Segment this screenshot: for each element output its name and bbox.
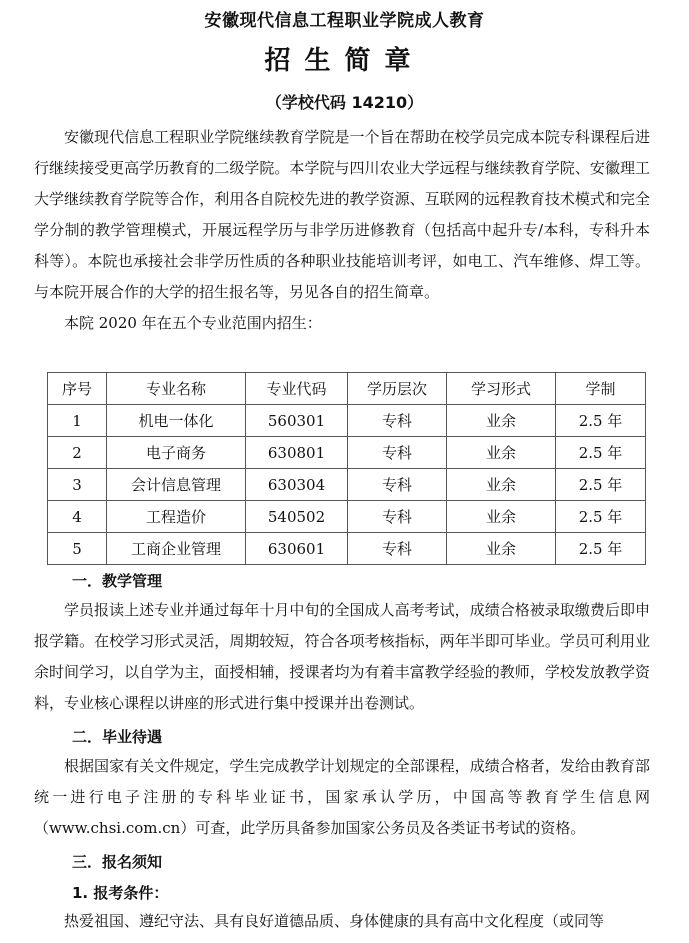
table-header-row: 序号 专业名称 专业代码 学历层次 学习形式 学制: [48, 373, 646, 405]
section-graduation: 根据国家有关文件规定，学生完成教学计划规定的全部课程，成绩合格者，发给由教育部统…: [34, 751, 650, 844]
intro-section: 安徽现代信息工程职业学院继续教育学院是一个旨在帮助在校学员完成本院专科课程后进行…: [34, 122, 650, 339]
cell-level: 专科: [348, 533, 447, 565]
cell-code: 630304: [246, 469, 348, 501]
cell-major: 机电一体化: [107, 405, 246, 437]
cell-form: 业余: [447, 469, 556, 501]
section-body-teaching: 学员报读上述专业并通过每年十月中旬的全国成人高考考试，成绩合格被录取缴费后即申报…: [34, 595, 650, 719]
cell-code: 540502: [246, 501, 348, 533]
section-teaching: 学员报读上述专业并通过每年十月中旬的全国成人高考考试，成绩合格被录取缴费后即申报…: [34, 595, 650, 719]
majors-table: 序号 专业名称 专业代码 学历层次 学习形式 学制 1 机电一体化 560301…: [47, 372, 646, 565]
section-body-graduation: 根据国家有关文件规定，学生完成教学计划规定的全部课程，成绩合格者，发给由教育部统…: [34, 751, 650, 844]
cell-major: 工程造价: [107, 501, 246, 533]
cell-code: 560301: [246, 405, 348, 437]
table-intro: 本院 2020 年在五个专业范围内招生：: [34, 308, 650, 339]
table-row: 3 会计信息管理 630304 专科 业余 2.5 年: [48, 469, 646, 501]
document-title: 招生简章: [0, 40, 689, 77]
cell-form: 业余: [447, 533, 556, 565]
cell-index: 4: [48, 501, 107, 533]
cell-code: 630801: [246, 437, 348, 469]
table-row: 2 电子商务 630801 专科 业余 2.5 年: [48, 437, 646, 469]
cell-level: 专科: [348, 501, 447, 533]
cell-level: 专科: [348, 469, 447, 501]
table-row: 1 机电一体化 560301 专科 业余 2.5 年: [48, 405, 646, 437]
cell-duration: 2.5 年: [556, 533, 646, 565]
col-header-index: 序号: [48, 373, 107, 405]
institution-title: 安徽现代信息工程职业学院成人教育: [0, 6, 689, 31]
cell-major: 电子商务: [107, 437, 246, 469]
cell-index: 5: [48, 533, 107, 565]
intro-paragraph: 安徽现代信息工程职业学院继续教育学院是一个旨在帮助在校学员完成本院专科课程后进行…: [34, 122, 650, 308]
cell-level: 专科: [348, 437, 447, 469]
cell-form: 业余: [447, 405, 556, 437]
section-heading-graduation: 二．毕业待遇: [72, 726, 162, 747]
table-row: 5 工商企业管理 630601 专科 业余 2.5 年: [48, 533, 646, 565]
cell-code: 630601: [246, 533, 348, 565]
cell-duration: 2.5 年: [556, 501, 646, 533]
section-registration: 热爱祖国、遵纪守法、具有良好道德品质、身体健康的具有高中文化程度（或同等: [34, 906, 650, 937]
cell-level: 专科: [348, 405, 447, 437]
table-row: 4 工程造价 540502 专科 业余 2.5 年: [48, 501, 646, 533]
cell-major: 工商企业管理: [107, 533, 246, 565]
col-header-form: 学习形式: [447, 373, 556, 405]
cell-form: 业余: [447, 501, 556, 533]
col-header-code: 专业代码: [246, 373, 348, 405]
cell-index: 3: [48, 469, 107, 501]
col-header-major: 专业名称: [107, 373, 246, 405]
cell-major: 会计信息管理: [107, 469, 246, 501]
col-header-duration: 学制: [556, 373, 646, 405]
cell-duration: 2.5 年: [556, 469, 646, 501]
cell-duration: 2.5 年: [556, 405, 646, 437]
subheading-eligibility: 1. 报考条件：: [72, 882, 168, 903]
col-header-level: 学历层次: [348, 373, 447, 405]
cell-index: 2: [48, 437, 107, 469]
cell-index: 1: [48, 405, 107, 437]
cell-duration: 2.5 年: [556, 437, 646, 469]
cell-form: 业余: [447, 437, 556, 469]
school-code: （学校代码 14210）: [0, 90, 689, 113]
section-heading-teaching: 一．教学管理: [72, 570, 162, 591]
section-heading-registration: 三．报名须知: [72, 851, 162, 872]
section-body-registration: 热爱祖国、遵纪守法、具有良好道德品质、身体健康的具有高中文化程度（或同等: [34, 906, 650, 937]
